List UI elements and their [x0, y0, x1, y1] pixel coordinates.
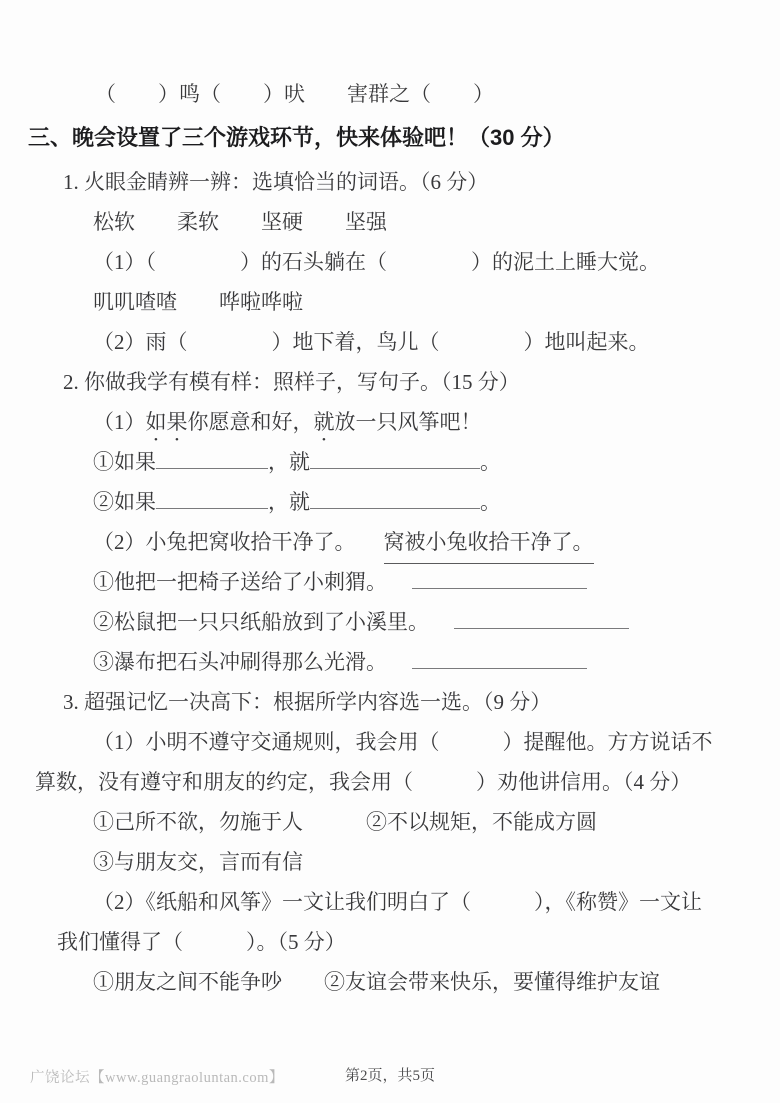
q2-blank-item-1-pre: ①如果 [93, 450, 156, 474]
q2-rewrite-3: ③瀑布把石头冲刷得那么光滑。 [0, 642, 780, 682]
q2-rewrite-2: ②松鼠把一只只纸船放到了小溪里。 [0, 602, 780, 642]
q2-title: 2. 你做我学有模有样：照样子，写句子。（15 分） [0, 362, 780, 402]
q2-example-prefix: （1） [93, 410, 146, 434]
q2-example-middle: 你愿意和好， [188, 410, 314, 434]
q2-blank-item-2: ②如果，就。 [0, 482, 780, 522]
q2-blank-item-1-end: 。 [480, 450, 501, 474]
q1-item-2: （2）雨（ ）地下着，鸟儿（ ）地叫起来。 [0, 322, 780, 362]
q3-item-2-line-1: （2）《纸船和风筝》一文让我们明白了（ ），《称赞》一文让 [0, 882, 780, 922]
q1-title: 1. 火眼金睛辨一辨：选填恰当的词语。（6 分） [0, 162, 780, 202]
answer-blank [310, 490, 480, 509]
q1-word-bank-1: 松软 柔软 坚硬 坚强 [0, 202, 780, 242]
answer-blank [156, 490, 268, 509]
answer-blank [310, 450, 480, 469]
q1-word-bank-2: 叽叽喳喳 哗啦哗啦 [0, 282, 780, 322]
q1-item-1: （1）（ ）的石头躺在（ ）的泥土上睡大觉。 [0, 242, 780, 282]
q2-blank-item-1-mid: ，就 [268, 450, 310, 474]
q2-example-2: （2）小兔把窝收拾干净了。窝被小兔收拾干净了。 [0, 522, 780, 562]
answer-blank [156, 450, 268, 469]
footer-page-number: 第2页，共5页 [0, 1064, 780, 1085]
q2-example-suffix: 放一只风筝吧！ [335, 410, 482, 434]
q2-example-2-model-answer: 窝被小兔收拾干净了。 [384, 522, 594, 564]
q2-example-emphasized-word-2: 就 [314, 410, 335, 434]
q2-rewrite-1-text: ①他把一把椅子送给了小刺猬。 [93, 570, 387, 594]
exam-content: （ ）鸣（ ）吠 害群之（ ） 三、晚会设置了三个游戏环节，快来体验吧！（30 … [0, 0, 780, 1002]
q2-blank-item-1: ①如果，就。 [0, 442, 780, 482]
q3-title: 3. 超强记忆一决高下：根据所学内容选一选。（9 分） [0, 682, 780, 722]
exam-page: （ ）鸣（ ）吠 害群之（ ） 三、晚会设置了三个游戏环节，快来体验吧！（30 … [0, 0, 780, 1103]
section-heading: 三、晚会设置了三个游戏环节，快来体验吧！（30 分） [0, 114, 780, 162]
q2-rewrite-1: ①他把一把椅子送给了小刺猬。 [0, 562, 780, 602]
q2-blank-item-2-pre: ②如果 [93, 490, 156, 514]
q3-options-2: ①朋友之间不能争吵 ②友谊会带来快乐，要懂得维护友谊 [0, 962, 780, 1002]
q3-options-1a: ①己所不欲，勿施于人 ②不以规矩，不能成方圆 [0, 802, 780, 842]
q3-item-1-line-1: （1）小明不遵守交通规则，我会用（ ）提醒他。方方说话不 [0, 722, 780, 762]
idiom-fill-line: （ ）鸣（ ）吠 害群之（ ） [0, 74, 780, 114]
answer-blank [454, 610, 629, 629]
q2-example-2-sentence: （2）小兔把窝收拾干净了。 [93, 530, 356, 554]
q2-example-emphasized-word-1: 如果 [146, 410, 188, 434]
q2-blank-item-2-end: 。 [480, 490, 501, 514]
q2-blank-item-2-mid: ，就 [268, 490, 310, 514]
answer-blank [412, 650, 587, 669]
q2-rewrite-3-text: ③瀑布把石头冲刷得那么光滑。 [93, 650, 387, 674]
q2-example-sentence: （1）如果你愿意和好，就放一只风筝吧！ [0, 402, 780, 442]
answer-blank [412, 570, 587, 589]
q3-options-1b: ③与朋友交，言而有信 [0, 842, 780, 882]
q3-item-2-line-2: 我们懂得了（ ）。（5 分） [0, 922, 780, 962]
q3-item-1-line-2: 算数，没有遵守和朋友的约定，我会用（ ）劝他讲信用。（4 分） [0, 762, 780, 802]
q2-rewrite-2-text: ②松鼠把一只只纸船放到了小溪里。 [93, 610, 429, 634]
